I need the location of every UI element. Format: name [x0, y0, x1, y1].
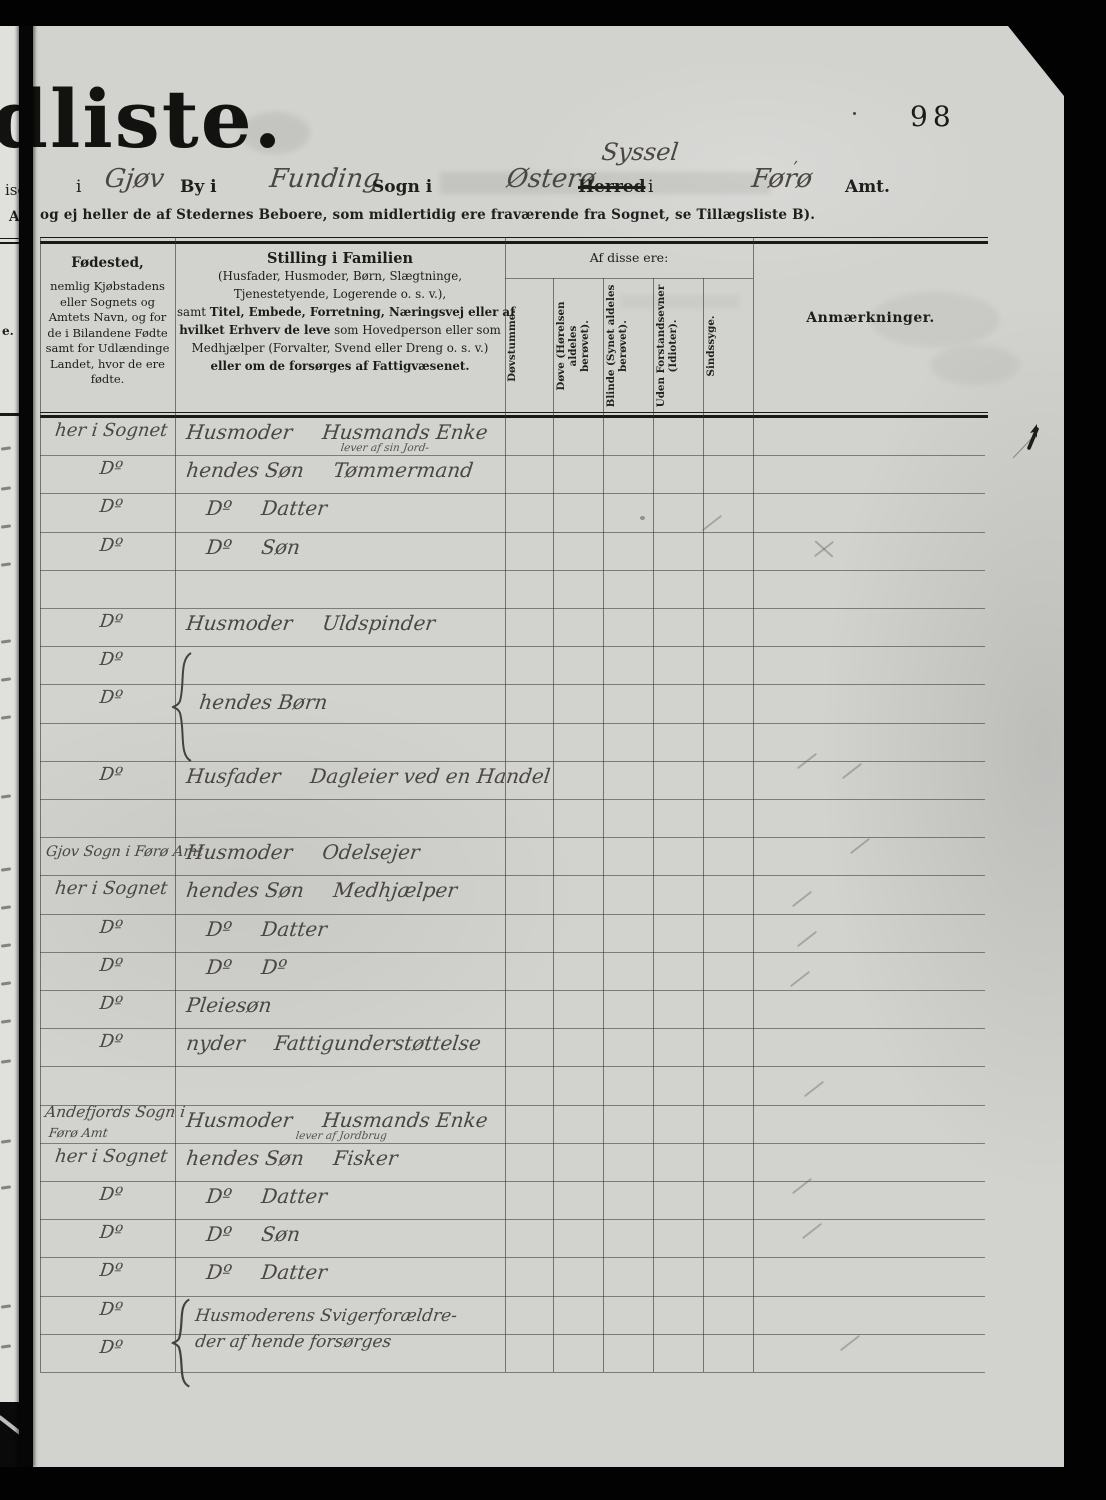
table-row: DºnyderFattigunderstøttelse [40, 1028, 988, 1066]
table-row: DºDºSøn [40, 1219, 988, 1257]
column-header-idiots: Uden Forstandsevner(Idioter). [653, 278, 703, 414]
position-entry: hendes Søn [185, 1146, 305, 1170]
herred-struck-out: Herred [578, 177, 646, 197]
page-number: 98 [910, 100, 956, 133]
birthplace-entry: Dº [45, 1031, 178, 1052]
grid-line [40, 241, 988, 244]
table-row: DºPleiesøn [40, 990, 988, 1028]
position-entry: Husmoder [185, 1108, 294, 1132]
birthplace-entry: Dº [45, 1260, 178, 1281]
printed-i2: i [648, 177, 653, 197]
table-row [40, 799, 988, 837]
position-entry: Dº [205, 1184, 233, 1208]
birthplace-entry: Dº [45, 611, 178, 632]
position-line2: Tjenestetyende, Logerende o. s. v.), [177, 285, 503, 303]
position-entry: Dº [205, 917, 233, 941]
table-row: her i Sognethendes SønFisker [40, 1143, 988, 1181]
birthplace-entry: Dº [45, 1222, 178, 1243]
position-entry: Dº [205, 535, 233, 559]
position-title: Stilling i Familien [177, 250, 503, 267]
header-fragment: e. [2, 324, 14, 338]
position-entry-detail: Datter [260, 1260, 328, 1284]
table-row: DºDºDatter [40, 914, 988, 952]
grid-line [0, 242, 19, 244]
table-row: her i Sognethendes SønMedhjælper [40, 875, 988, 913]
birthplace-entry: her i Sognet [45, 420, 178, 441]
table-row: DºHusmoderUldspinder [40, 608, 988, 646]
position-entry-detail: Dº [260, 955, 288, 979]
county-handwritten: Førø [750, 164, 814, 194]
printed-i: i [76, 177, 81, 197]
position-entry: Dº [205, 1260, 233, 1284]
table-row: Andefjords Sogn iFørø AmtHusmoderHusmand… [40, 1105, 988, 1143]
position-entry: hendes Søn [185, 458, 305, 482]
birthplace-entry: Dº [45, 458, 178, 479]
position-entry-detail: Datter [260, 496, 328, 520]
position-line5: Medhjælper (Forvalter, Svend eller Dreng… [177, 339, 503, 357]
position-entry: Husmoder [185, 611, 294, 635]
binding-crease [19, 24, 33, 1467]
brace-label: hendes Børn [198, 690, 329, 714]
position-entry-detail: Husmands Enke [321, 420, 489, 444]
position-entry-detail: Husmands Enke [321, 1108, 489, 1132]
printed-by-i: By i [180, 177, 217, 197]
grid-line [0, 238, 19, 239]
birthplace-entry: Dº [45, 764, 178, 785]
position-entry: Pleiesøn [185, 993, 273, 1017]
page-corner-shadow [1008, 26, 1064, 96]
birthplace-entry: Dº [45, 535, 178, 556]
birthplace-entry: Andefjords Sogn i [44, 1103, 176, 1121]
ink-speck [853, 112, 856, 115]
birthplace-title: Fødested, [44, 255, 171, 271]
birthplace-entry: Gjov Sogn i Førø Amt [45, 844, 177, 860]
birthplace-entry: her i Sognet [45, 1146, 178, 1167]
bleed-through-smudge [930, 345, 1020, 385]
birthplace-entry: Dº [45, 1299, 178, 1320]
table-row: DºDºDatter [40, 493, 988, 531]
grid-line [40, 237, 988, 238]
position-entry-detail: Dagleier ved en Handel [309, 764, 552, 788]
position-entry-detail: Odelsejer [321, 840, 421, 864]
row-group-brace [169, 650, 195, 764]
table-row: Gjov Sogn i Førø AmtHusmoderOdelsejer [40, 837, 988, 875]
syssel-handwritten: Syssel [600, 138, 680, 166]
position-entry: nyder [185, 1031, 246, 1055]
column-header-blind: Blinde (Synet aldelesberøvet). [603, 278, 653, 414]
grid-line [0, 413, 19, 416]
table-row: DºHusfaderDagleier ved en Handel [40, 761, 988, 799]
birthplace-entry: Dº [45, 1184, 178, 1205]
page-title: dliste. [0, 84, 283, 154]
pencil-dot [640, 516, 645, 520]
column-header-deaf-mute: Døvstumme. [505, 278, 553, 414]
spine-shadow [0, 1402, 20, 1467]
birthplace-entry: her i Sognet [45, 878, 178, 899]
column-header-position: Stilling i Familien (Husfader, Husmoder,… [177, 250, 503, 375]
printed-sogn-i: Sogn i [372, 177, 432, 197]
position-entry-detail: Tømmermand [332, 458, 475, 482]
column-header-birthplace: Fødested, nemlig Kjøbstadens eller Sogne… [44, 255, 171, 388]
position-entry: hendes Søn [185, 878, 305, 902]
position-entry: Husmoder [185, 420, 294, 444]
pen-arrow-mark [1012, 422, 1046, 462]
table-row: DºDºDatter [40, 1181, 988, 1219]
birthplace-entry: Dº [45, 687, 178, 708]
column-header-insane: Sindssyge. [703, 278, 753, 414]
column-header-deaf: Døve (Hørelsen aldelesberøvet). [553, 278, 603, 414]
position-entry-detail: Datter [260, 917, 328, 941]
row-group-brace [169, 1297, 193, 1389]
brace-label-line2: der af hende forsørges [194, 1332, 392, 1352]
printed-amt: Amt. [845, 177, 890, 197]
table-row: DºDºSøn [40, 532, 988, 570]
position-line4: hvilket Erhverv de leve som Hovedperson … [177, 321, 503, 339]
birthplace-entry: Dº [45, 496, 178, 517]
position-line3: samt Titel, Embede, Forretning, Næringsv… [177, 303, 503, 321]
brace-label-line1: Husmoderens Svigerforældre- [194, 1306, 458, 1326]
table-row [40, 570, 988, 608]
birthplace-entry: Dº [45, 993, 178, 1014]
table-row: her i SognetHusmoderHusmands Enkelever a… [40, 417, 988, 455]
town-handwritten: Gjøv [103, 164, 166, 194]
position-entry: Dº [205, 496, 233, 520]
birthplace-entry: Dº [45, 649, 178, 670]
table-row: DºDºDatter [40, 1257, 988, 1295]
position-entry: Husfader [185, 764, 282, 788]
position-entry: Dº [205, 1222, 233, 1246]
table-row: Dºhendes SønTømmermand [40, 455, 988, 493]
position-entry-note: lever af Jordbrug [295, 1130, 388, 1142]
position-entry-detail: Fisker [332, 1146, 399, 1170]
position-entry-detail: Datter [260, 1184, 328, 1208]
table-row [40, 1066, 988, 1104]
position-entry-detail: Uldspinder [321, 611, 437, 635]
column-header-af-disse-ere: Af disse ere: [505, 250, 753, 265]
position-entry-detail: Medhjælper [332, 878, 459, 902]
census-page-scan: dliste. 98 ise i Gjøv By i Funding Sogn … [0, 0, 1106, 1500]
position-entry-note: lever af sin Jord- [340, 442, 430, 454]
birthplace-entry: Dº [45, 1337, 178, 1358]
scan-border-top [0, 0, 1106, 26]
position-entry-detail: Fattigunderstøttelse [273, 1031, 482, 1055]
birthplace-description: nemlig Kjøbstadens eller Sognets og Amte… [44, 279, 171, 388]
column-header-remarks: Anmærkninger. [753, 310, 988, 326]
parish-handwritten: Funding [268, 164, 382, 194]
scan-border-right [1064, 0, 1106, 1500]
position-entry: Dº [205, 955, 233, 979]
birthplace-entry-line2: Førø Amt [48, 1125, 160, 1140]
position-entry-detail: Søn [260, 535, 302, 559]
birthplace-entry: Dº [45, 955, 178, 976]
birthplace-entry: Dº [45, 917, 178, 938]
note-text: og ej heller de af Stedernes Beboere, so… [40, 207, 815, 223]
scan-border-bottom [0, 1467, 1106, 1500]
position-entry-detail: Søn [260, 1222, 302, 1246]
position-line1: (Husfader, Husmoder, Børn, Slægtninge, [177, 267, 503, 285]
position-line6: eller om de forsørges af Fattigvæsenet. [177, 357, 503, 375]
table-row: DºDºDº [40, 952, 988, 990]
